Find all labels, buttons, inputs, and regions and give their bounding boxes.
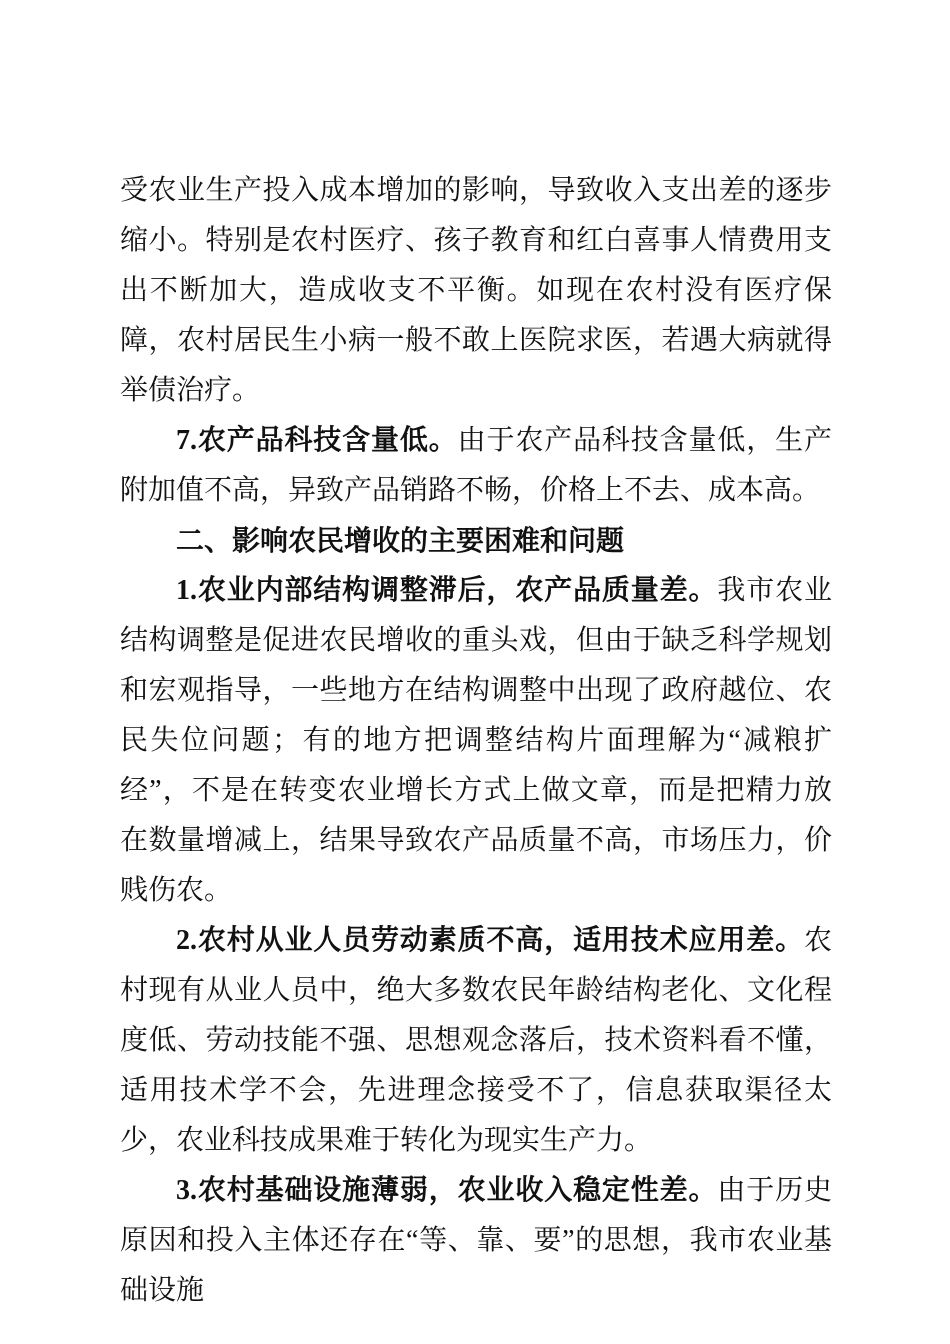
section-heading-text: 二、影响农民增收的主要困难和问题 bbox=[176, 525, 624, 556]
paragraph-text: 我市农业结构调整是促进农民增收的重头戏，但由于缺乏科学规划和宏观指导，一些地方在… bbox=[120, 575, 832, 906]
section-heading: 二、影响农民增收的主要困难和问题 bbox=[120, 516, 832, 566]
paragraph-lead-bold: 3.农村基础设施薄弱，农业收入稳定性差。 bbox=[176, 1175, 717, 1206]
paragraph-item-7: 7.农产品科技含量低。由于农产品科技含量低，生产附加值不高，异致产品销路不畅，价… bbox=[120, 416, 832, 516]
paragraph-item-3: 3.农村基础设施薄弱，农业收入稳定性差。由于历史原因和投入主体还存在“等、靠、要… bbox=[120, 1166, 832, 1316]
paragraph-text: 受农业生产投入成本增加的影响，导致收入支出差的逐步缩小。特别是农村医疗、孩子教育… bbox=[120, 175, 832, 406]
paragraph-text: 农村现有从业人员中，绝大多数农民年龄结构老化、文化程度低、劳动技能不强、思想观念… bbox=[120, 925, 832, 1156]
paragraph-lead-bold: 1.农业内部结构调整滞后，农产品质量差。 bbox=[176, 575, 717, 606]
document-page: 受农业生产投入成本增加的影响，导致收入支出差的逐步缩小。特别是农村医疗、孩子教育… bbox=[0, 0, 950, 1344]
document-text-block: 受农业生产投入成本增加的影响，导致收入支出差的逐步缩小。特别是农村医疗、孩子教育… bbox=[120, 166, 832, 1316]
paragraph-lead-bold: 7.农产品科技含量低。 bbox=[176, 425, 458, 456]
paragraph-lead-bold: 2.农村从业人员劳动素质不高，适用技术应用差。 bbox=[176, 925, 804, 956]
paragraph-item-1: 1.农业内部结构调整滞后，农产品质量差。我市农业结构调整是促进农民增收的重头戏，… bbox=[120, 566, 832, 916]
paragraph-item-2: 2.农村从业人员劳动素质不高，适用技术应用差。农村现有从业人员中，绝大多数农民年… bbox=[120, 916, 832, 1166]
paragraph-continuation: 受农业生产投入成本增加的影响，导致收入支出差的逐步缩小。特别是农村医疗、孩子教育… bbox=[120, 166, 832, 416]
